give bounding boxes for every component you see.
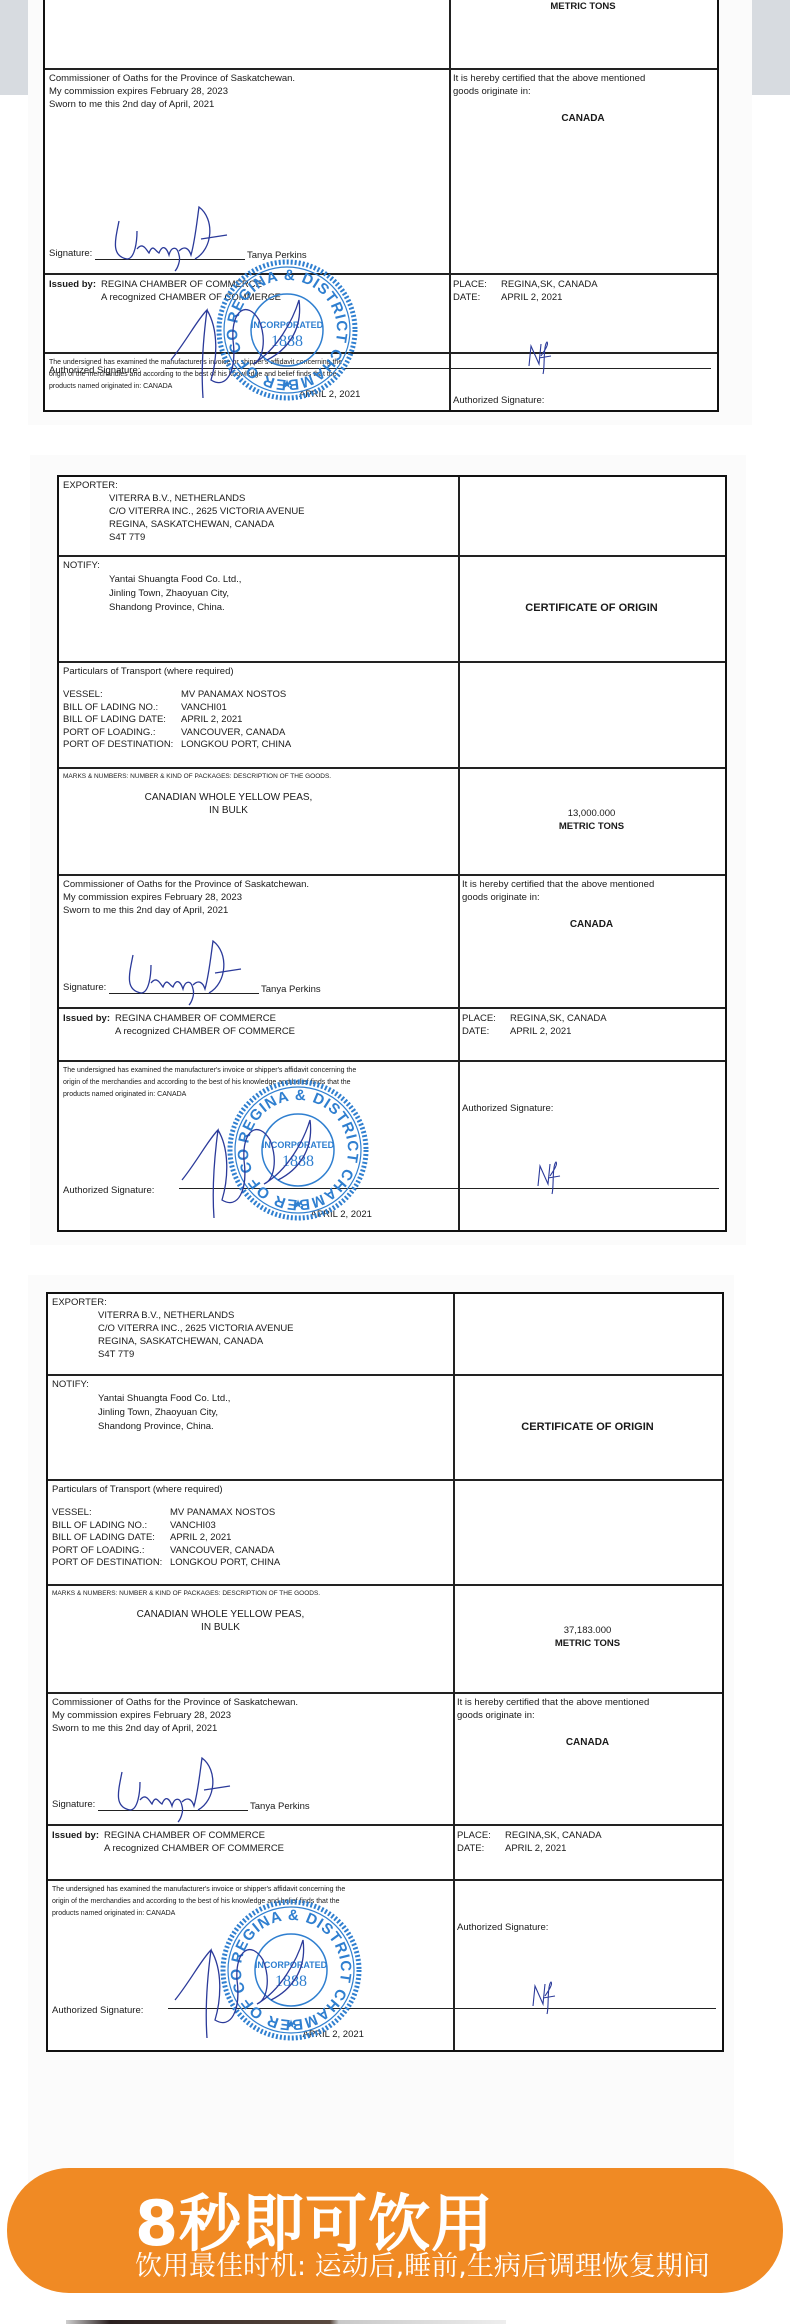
stamp-date: APRIL 2, 2021 — [299, 2026, 368, 2043]
origin-country: CANADA — [453, 112, 713, 125]
goods-header: MARKS & NUMBERS: NUMBER & KIND OF PACKAG… — [48, 1586, 453, 1601]
transport-value: MV PANAMAX NOSTOS — [170, 1507, 449, 1520]
authorized-signature-label: Authorized Signature: — [45, 362, 144, 379]
commissioner-section: Commissioner of Oaths for the Province o… — [45, 70, 449, 113]
signature-initials — [534, 1158, 574, 1198]
transport-section: Particulars of Transport (where required… — [59, 663, 458, 754]
transport-label: Particulars of Transport (where required… — [63, 665, 454, 678]
signature-tanya-perkins — [111, 935, 261, 1005]
issued-by-value: REGINA CHAMBER OF COMMERCEA recognized C… — [104, 1829, 449, 1855]
next-image-edge — [66, 2320, 506, 2324]
issuer-name: REGINA CHAMBER OF COMMERCE — [115, 1012, 454, 1025]
row-divider — [45, 273, 717, 275]
exporter-section: EXPORTER:VITERRA B.V., NETHERLANDSC/O VI… — [59, 477, 458, 546]
svg-text:1888: 1888 — [275, 1973, 307, 1990]
left-gray-edge — [0, 0, 28, 95]
transport-key: PORT OF LOADING.: — [52, 1545, 170, 1558]
transport-value: LONGKOU PORT, CHINA — [181, 739, 454, 752]
transport-value: VANCOUVER, CANADA — [170, 1545, 449, 1558]
authorized-signature-line — [168, 2008, 716, 2009]
notify-line: Jinling Town, Zhaoyuan City, — [63, 587, 454, 600]
notify-label: NOTIFY: — [63, 559, 454, 572]
transport-value: VANCOUVER, CANADA — [181, 727, 454, 740]
place-date-date-label: DATE: — [453, 291, 501, 304]
row-divider — [59, 1060, 725, 1062]
promo-banner: 8秒即可饮用 饮用最佳时机: 运动后,睡前,生病后调理恢复期间 — [7, 2168, 783, 2293]
issuer-recognition: A recognized CHAMBER OF COMMERCE — [104, 1842, 449, 1855]
place-date-section: PLACE:REGINA,SK, CANADADATE:APRIL 2, 202… — [458, 1010, 725, 1040]
weight-section: 37,183.000METRIC TONS — [453, 1622, 722, 1652]
weight-unit: METRIC TONS — [449, 0, 717, 15]
stamp-date: APRIL 2, 2021 — [307, 1206, 376, 1223]
issuer-recognition: A recognized CHAMBER OF COMMERCE — [101, 291, 445, 304]
place-date-place: REGINA,SK, CANADA — [505, 1829, 718, 1842]
certification-text: It is hereby certified that the above me… — [462, 878, 721, 904]
certification-section: It is hereby certified that the above me… — [458, 876, 725, 933]
certification-section: It is hereby certified that the above me… — [453, 1694, 722, 1751]
row-divider — [45, 352, 717, 354]
place-date-date: APRIL 2, 2021 — [510, 1025, 721, 1038]
transport-value: VANCHI03 — [170, 1520, 449, 1533]
signer-name: Tanya Perkins — [246, 1798, 314, 1815]
exporter-label: EXPORTER: — [52, 1296, 449, 1309]
transport-key: PORT OF DESTINATION: — [63, 739, 181, 752]
signature-label: Signature: — [59, 979, 110, 996]
issued-by-label: Issued by: — [63, 1012, 115, 1038]
place-date-date: APRIL 2, 2021 — [505, 1842, 718, 1855]
transport-row: PORT OF DESTINATION:LONGKOU PORT, CHINA — [63, 739, 454, 752]
svg-text:INCORPORATED: INCORPORATED — [262, 1140, 335, 1150]
row-divider — [48, 1824, 722, 1826]
signature-label: Signature: — [48, 1796, 99, 1813]
document-title: CERTIFICATE OF ORIGIN — [453, 1419, 722, 1436]
certification-text: It is hereby certified that the above me… — [457, 1696, 718, 1722]
issuer-recognition: A recognized CHAMBER OF COMMERCE — [115, 1025, 454, 1038]
place-date-date: APRIL 2, 2021 — [501, 291, 713, 304]
svg-text:1888: 1888 — [282, 1153, 314, 1170]
goods-line-1: CANADIAN WHOLE YELLOW PEAS, — [63, 791, 394, 804]
exporter-line: REGINA, SASKATCHEWAN, CANADA — [63, 518, 454, 531]
notify-line: Shandong Province, China. — [52, 1420, 449, 1433]
right-authorized-signature-label: Authorized Signature: — [458, 1100, 557, 1117]
undersigned-statement: The undersigned has examined the manufac… — [48, 1882, 363, 1922]
issued-by-value: REGINA CHAMBER OF COMMERCEA recognized C… — [101, 278, 445, 304]
exporter-line: S4T 7T9 — [63, 531, 454, 544]
signer-name: Tanya Perkins — [243, 247, 311, 264]
goods-line-2: IN BULK — [52, 1621, 389, 1634]
transport-key: VESSEL: — [52, 1507, 170, 1520]
issued-by-section: Issued by:REGINA CHAMBER OF COMMERCEA re… — [45, 276, 449, 306]
transport-row: BILL OF LADING DATE:APRIL 2, 2021 — [52, 1532, 449, 1545]
signature-tanya-perkins — [97, 201, 247, 271]
right-authorized-signature-label: Authorized Signature: — [449, 392, 548, 409]
certificate-of-origin-2: EXPORTER:VITERRA B.V., NETHERLANDSC/O VI… — [57, 475, 727, 1232]
transport-key: BILL OF LADING NO.: — [63, 702, 181, 715]
column-divider — [449, 0, 451, 410]
svg-text:★: ★ — [293, 1197, 304, 1211]
issued-by-section: Issued by:REGINA CHAMBER OF COMMERCEA re… — [48, 1827, 453, 1857]
authorized-signature-label: Authorized Signature: — [59, 1182, 158, 1199]
svg-text:INCORPORATED: INCORPORATED — [251, 320, 324, 330]
transport-section: Particulars of Transport (where required… — [48, 1481, 453, 1572]
exporter-line: REGINA, SASKATCHEWAN, CANADA — [52, 1335, 449, 1348]
weight-value: 13,000.000 — [462, 807, 721, 820]
transport-value: VANCHI01 — [181, 702, 454, 715]
signature-initials — [525, 338, 565, 378]
transport-row: PORT OF DESTINATION:LONGKOU PORT, CHINA — [52, 1557, 449, 1570]
authorized-signature-scribble — [171, 1920, 331, 2040]
transport-key: VESSEL: — [63, 689, 181, 702]
origin-country: CANADA — [457, 1736, 718, 1749]
issued-by-value: REGINA CHAMBER OF COMMERCEA recognized C… — [115, 1012, 454, 1038]
commissioner-line: My commission expires February 28, 2023 — [52, 1709, 449, 1722]
goods-header: MARKS & NUMBERS: NUMBER & KIND OF PACKAG… — [59, 769, 458, 784]
certificate-of-origin-3: EXPORTER:VITERRA B.V., NETHERLANDSC/O VI… — [46, 1292, 724, 2052]
commissioner-line: Sworn to me this 2nd day of April, 2021 — [49, 98, 445, 111]
place-date-place-label: PLACE: — [462, 1012, 510, 1025]
transport-value: MV PANAMAX NOSTOS — [181, 689, 454, 702]
notify-line: Yantai Shuangta Food Co. Ltd., — [52, 1392, 449, 1405]
authorized-signature-scribble — [178, 1100, 338, 1220]
transport-row: VESSEL:MV PANAMAX NOSTOS — [63, 689, 454, 702]
right-authorized-signature-label: Authorized Signature: — [453, 1919, 552, 1936]
transport-key: PORT OF LOADING.: — [63, 727, 181, 740]
exporter-line: C/O VITERRA INC., 2625 VICTORIA AVENUE — [52, 1322, 449, 1335]
signature-line — [109, 993, 259, 994]
notify-line: Shandong Province, China. — [63, 601, 454, 614]
transport-key: PORT OF DESTINATION: — [52, 1557, 170, 1570]
exporter-line: VITERRA B.V., NETHERLANDS — [52, 1309, 449, 1322]
signature-tanya-perkins — [100, 1752, 250, 1822]
signature-initials — [529, 1978, 569, 2018]
place-date-section: PLACE:REGINA,SK, CANADADATE:APRIL 2, 202… — [453, 1827, 722, 1857]
transport-value: LONGKOU PORT, CHINA — [170, 1557, 449, 1570]
svg-text:1888: 1888 — [271, 333, 303, 350]
commissioner-section: Commissioner of Oaths for the Province o… — [59, 876, 458, 919]
authorized-signature-line — [179, 1188, 719, 1189]
banner-subtitle: 饮用最佳时机: 运动后,睡前,生病后调理恢复期间 — [135, 2244, 710, 2283]
weight-section: 13,000.000METRIC TONS — [458, 805, 725, 835]
commissioner-line: Sworn to me this 2nd day of April, 2021 — [52, 1722, 449, 1735]
commissioner-line: Commissioner of Oaths for the Province o… — [49, 72, 445, 85]
place-date-place-label: PLACE: — [453, 278, 501, 291]
transport-row: VESSEL:MV PANAMAX NOSTOS — [52, 1507, 449, 1520]
transport-key: BILL OF LADING NO.: — [52, 1520, 170, 1533]
column-divider — [453, 1294, 455, 2050]
certification-section: It is hereby certified that the above me… — [449, 70, 717, 127]
transport-row: PORT OF LOADING.:VANCOUVER, CANADA — [52, 1545, 449, 1558]
notify-section: NOTIFY:Yantai Shuangta Food Co. Ltd.,Jin… — [48, 1376, 453, 1435]
row-divider — [48, 1879, 722, 1881]
signature-line — [95, 259, 245, 260]
goods-line-1: CANADIAN WHOLE YELLOW PEAS, — [52, 1608, 389, 1621]
transport-key: BILL OF LADING DATE: — [52, 1532, 170, 1545]
authorized-signature-label: Authorized Signature: — [48, 2002, 147, 2019]
issued-by-section: Issued by:REGINA CHAMBER OF COMMERCEA re… — [59, 1010, 458, 1040]
signature-label: Signature: — [45, 245, 96, 262]
goods-line-2: IN BULK — [63, 804, 394, 817]
notify-section: NOTIFY:Yantai Shuangta Food Co. Ltd.,Jin… — [59, 557, 458, 616]
place-date-place: REGINA,SK, CANADA — [510, 1012, 721, 1025]
column-divider — [458, 477, 460, 1230]
transport-label: Particulars of Transport (where required… — [52, 1483, 449, 1496]
goods-description: CANADIAN WHOLE YELLOW PEAS,IN BULK — [48, 1606, 393, 1636]
issued-by-label: Issued by: — [52, 1829, 104, 1855]
place-date-section: PLACE:REGINA,SK, CANADADATE:APRIL 2, 202… — [449, 276, 717, 306]
certificate-of-origin-1: METRIC TONSCommissioner of Oaths for the… — [43, 0, 719, 412]
issuer-name: REGINA CHAMBER OF COMMERCE — [104, 1829, 449, 1842]
commissioner-line: Sworn to me this 2nd day of April, 2021 — [63, 904, 454, 917]
place-date-date-label: DATE: — [462, 1025, 510, 1038]
commissioner-section: Commissioner of Oaths for the Province o… — [48, 1694, 453, 1737]
notify-line: Jinling Town, Zhaoyuan City, — [52, 1406, 449, 1419]
transport-row: PORT OF LOADING.:VANCOUVER, CANADA — [63, 727, 454, 740]
transport-row: BILL OF LADING NO.:VANCHI03 — [52, 1520, 449, 1533]
place-date-place: REGINA,SK, CANADA — [501, 278, 713, 291]
authorized-signature-line — [165, 368, 711, 369]
commissioner-line: My commission expires February 28, 2023 — [63, 891, 454, 904]
svg-text:INCORPORATED: INCORPORATED — [255, 1960, 328, 1970]
svg-text:★: ★ — [286, 2017, 297, 2031]
transport-value: APRIL 2, 2021 — [181, 714, 454, 727]
exporter-line: C/O VITERRA INC., 2625 VICTORIA AVENUE — [63, 505, 454, 518]
issued-by-label: Issued by: — [49, 278, 101, 304]
commissioner-line: Commissioner of Oaths for the Province o… — [52, 1696, 449, 1709]
notify-line: Yantai Shuangta Food Co. Ltd., — [63, 573, 454, 586]
row-divider — [59, 1007, 725, 1009]
stamp-date: APRIL 2, 2021 — [295, 386, 364, 403]
transport-value: APRIL 2, 2021 — [170, 1532, 449, 1545]
place-date-date-label: DATE: — [457, 1842, 505, 1855]
weight-unit: METRIC TONS — [462, 820, 721, 833]
signature-line — [98, 1810, 248, 1811]
place-date-place-label: PLACE: — [457, 1829, 505, 1842]
goods-description: CANADIAN WHOLE YELLOW PEAS,IN BULK — [59, 789, 398, 819]
notify-label: NOTIFY: — [52, 1378, 449, 1391]
exporter-line: S4T 7T9 — [52, 1348, 449, 1361]
exporter-line: VITERRA B.V., NETHERLANDS — [63, 492, 454, 505]
origin-country: CANADA — [462, 918, 721, 931]
weight-unit: METRIC TONS — [457, 1637, 718, 1650]
signer-name: Tanya Perkins — [257, 981, 325, 998]
certification-text: It is hereby certified that the above me… — [453, 72, 713, 98]
exporter-section: EXPORTER:VITERRA B.V., NETHERLANDSC/O VI… — [48, 1294, 453, 1363]
transport-key: BILL OF LADING DATE: — [63, 714, 181, 727]
commissioner-line: My commission expires February 28, 2023 — [49, 85, 445, 98]
undersigned-statement: The undersigned has examined the manufac… — [59, 1063, 368, 1103]
weight-value: 37,183.000 — [457, 1624, 718, 1637]
transport-row: BILL OF LADING NO.:VANCHI01 — [63, 702, 454, 715]
exporter-label: EXPORTER: — [63, 479, 454, 492]
issuer-name: REGINA CHAMBER OF COMMERCE — [101, 278, 445, 291]
commissioner-line: Commissioner of Oaths for the Province o… — [63, 878, 454, 891]
transport-row: BILL OF LADING DATE:APRIL 2, 2021 — [63, 714, 454, 727]
right-gray-edge — [752, 0, 790, 95]
document-title: CERTIFICATE OF ORIGIN — [458, 600, 725, 617]
